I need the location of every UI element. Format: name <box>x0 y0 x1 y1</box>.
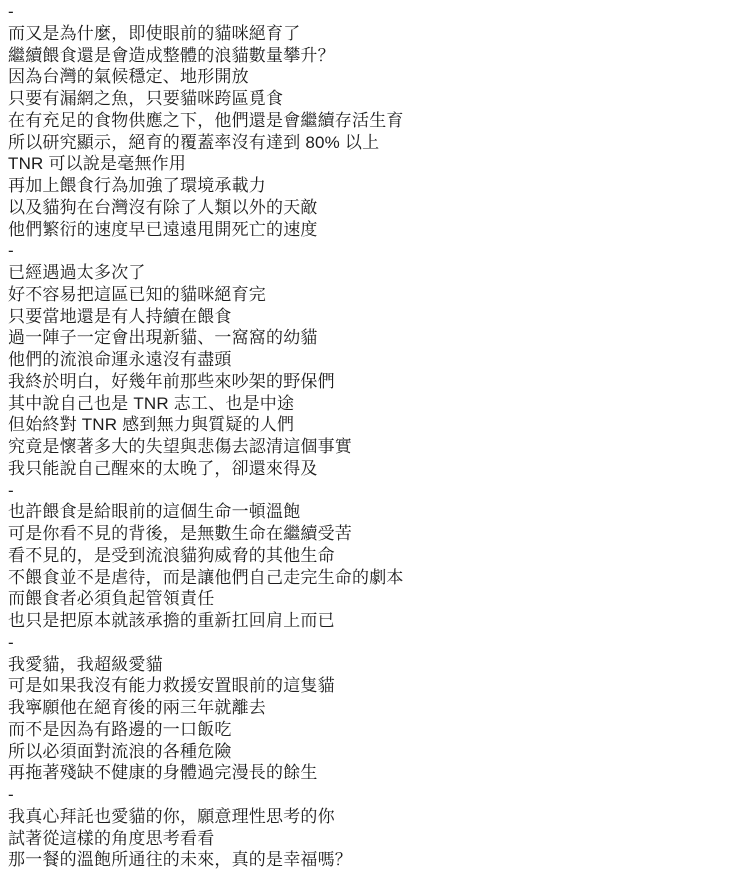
text-line: 也許餵食是給眼前的這個生命一頓溫飽 <box>8 501 725 523</box>
text-line: 我只能說自己醒來的太晚了，卻還來得及 <box>8 458 725 480</box>
post-body: -而又是為什麼，即使眼前的貓咪絕育了繼續餵食還是會造成整體的浪貓數量攀升？因為台… <box>0 0 735 871</box>
text-line: 不餵食並不是虐待，而是讓他們自己走完生命的劇本 <box>8 567 725 589</box>
text-line: 可是如果我沒有能力救援安置眼前的這隻貓 <box>8 675 725 697</box>
text-line: 那一餐的溫飽所通往的未來，真的是幸福嗎？ <box>8 849 725 871</box>
text-line: 所以必須面對流浪的各種危險 <box>8 741 725 763</box>
divider-line: - <box>8 632 725 654</box>
text-line: 所以研究顯示，絕育的覆蓋率沒有達到 80% 以上 <box>8 132 725 154</box>
text-line: 也只是把原本就該承擔的重新扛回肩上而已 <box>8 610 725 632</box>
text-line: 他們的流浪命運永遠沒有盡頭 <box>8 349 725 371</box>
text-line: 因為台灣的氣候穩定、地形開放 <box>8 66 725 88</box>
text-line: 在有充足的食物供應之下，他們還是會繼續存活生育 <box>8 110 725 132</box>
text-line: 我真心拜託也愛貓的你，願意理性思考的你 <box>8 806 725 828</box>
text-line: 我終於明白，好幾年前那些來吵架的野保們 <box>8 371 725 393</box>
text-line: 只要當地還是有人持續在餵食 <box>8 306 725 328</box>
text-line: 我寧願他在絕育後的兩三年就離去 <box>8 697 725 719</box>
text-line: 我愛貓，我超級愛貓 <box>8 654 725 676</box>
text-line: 可是你看不見的背後，是無數生命在繼續受苦 <box>8 523 725 545</box>
text-line: 而又是為什麼，即使眼前的貓咪絕育了 <box>8 23 725 45</box>
text-line: 已經遇過太多次了 <box>8 262 725 284</box>
text-line: 而餵食者必須負起管領責任 <box>8 588 725 610</box>
text-line: 過一陣子一定會出現新貓、一窩窩的幼貓 <box>8 327 725 349</box>
text-line: 好不容易把這區已知的貓咪絕育完 <box>8 284 725 306</box>
text-line: 看不見的，是受到流浪貓狗威脅的其他生命 <box>8 545 725 567</box>
text-line: 究竟是懷著多大的失望與悲傷去認清這個事實 <box>8 436 725 458</box>
divider-line: - <box>8 1 725 23</box>
text-line: 但始終對 TNR 感到無力與質疑的人們 <box>8 414 725 436</box>
text-line: TNR 可以說是毫無作用 <box>8 153 725 175</box>
text-line: 而不是因為有路邊的一口飯吃 <box>8 719 725 741</box>
text-lines: -而又是為什麼，即使眼前的貓咪絕育了繼續餵食還是會造成整體的浪貓數量攀升？因為台… <box>8 1 725 871</box>
text-line: 再加上餵食行為加強了環境承載力 <box>8 175 725 197</box>
divider-line: - <box>8 480 725 502</box>
text-line: 其中說自己也是 TNR 志工、也是中途 <box>8 393 725 415</box>
text-line: 繼續餵食還是會造成整體的浪貓數量攀升？ <box>8 45 725 67</box>
text-line: 試著從這樣的角度思考看看 <box>8 828 725 850</box>
divider-line: - <box>8 784 725 806</box>
text-line: 他們繁衍的速度早已遠遠甩開死亡的速度 <box>8 219 725 241</box>
text-line: 只要有漏網之魚，只要貓咪跨區覓食 <box>8 88 725 110</box>
divider-line: - <box>8 240 725 262</box>
text-line: 再拖著殘缺不健康的身體過完漫長的餘生 <box>8 762 725 784</box>
text-line: 以及貓狗在台灣沒有除了人類以外的天敵 <box>8 197 725 219</box>
